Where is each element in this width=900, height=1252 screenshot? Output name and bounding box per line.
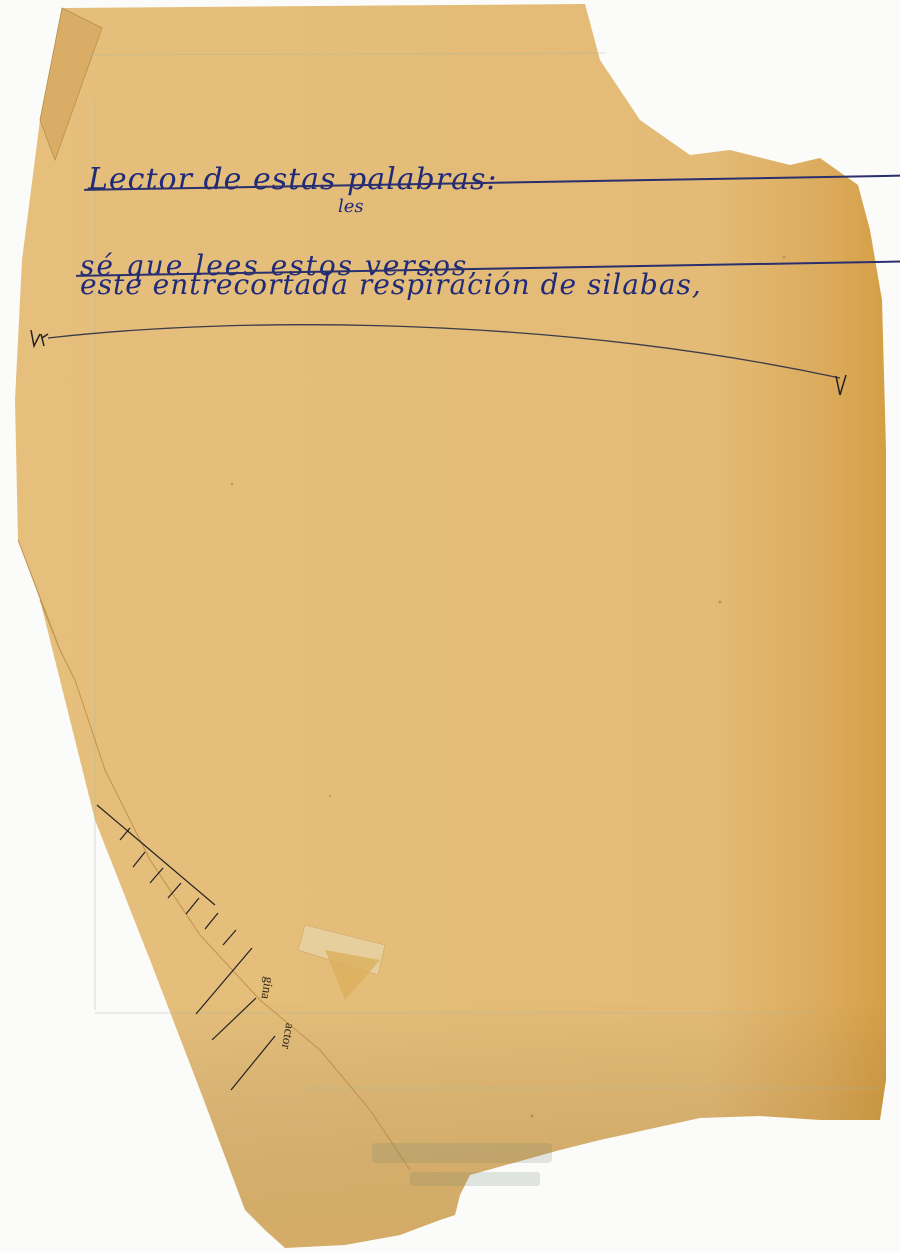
- handwritten-line-1: Lector de estas palabras:: [88, 162, 900, 197]
- handwritten-insertion: les: [338, 196, 364, 217]
- handwritten-line-3: este entrecortada respiración de silabas…: [80, 268, 702, 301]
